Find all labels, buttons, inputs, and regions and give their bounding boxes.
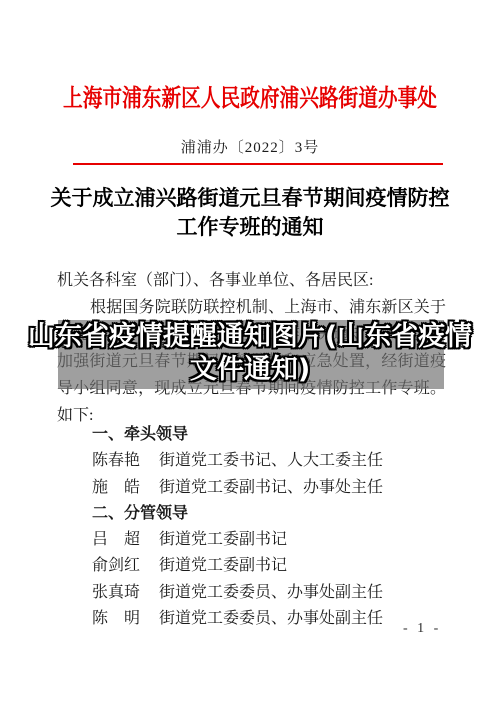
- body-line: 根据国务院联防联控机制、上海市、浦东新区关于加强 2022: [57, 294, 446, 321]
- person-name: 俞剑红: [92, 553, 159, 579]
- salutation-line: 机关各科室（部门）、各事业单位、各居民区:: [57, 267, 373, 290]
- page-number: - 1 -: [403, 621, 441, 637]
- doc-title-line1: 关于成立浦兴路街道元旦春节期间疫情防控: [0, 184, 500, 213]
- doc-number: 浦浦办〔2022〕3号: [0, 136, 500, 157]
- section-heading-lead: 一、牵头领导: [92, 422, 454, 448]
- person-name: 陈 明: [92, 606, 159, 632]
- person-name: 陈春艳: [92, 448, 159, 474]
- watermark-line1: 山东省疫情提醒通知图片(山东省疫情: [0, 320, 500, 353]
- person-name: 吕 超: [92, 527, 159, 553]
- person-name: 张真琦: [92, 580, 159, 606]
- doc-title: 关于成立浦兴路街道元旦春节期间疫情防控 工作专班的通知: [0, 184, 500, 242]
- roster-row: 俞剑红 街道党工委副书记: [92, 553, 454, 579]
- person-title: 街道党工委副书记: [159, 553, 454, 579]
- roster-row: 张真琦 街道党工委委员、办事处副主任: [92, 580, 454, 606]
- person-name: 施 皓: [92, 475, 159, 501]
- personnel-roster: 一、牵头领导 陈春艳 街道党工委书记、人大工委主任 施 皓 街道党工委副书记、办…: [92, 422, 454, 632]
- roster-row: 吕 超 街道党工委副书记: [92, 527, 454, 553]
- roster-row: 施 皓 街道党工委副书记、办事处主任: [92, 475, 454, 501]
- person-title: 街道党工委书记、人大工委主任: [159, 448, 454, 474]
- watermark-line2: 文件通知): [0, 353, 500, 386]
- person-title: 街道党工委委员、办事处副主任: [159, 580, 454, 606]
- roster-row: 陈春艳 街道党工委书记、人大工委主任: [92, 448, 454, 474]
- org-title: 上海市浦东新区人民政府浦兴路街道办事处: [45, 78, 455, 113]
- document-page: 上海市浦东新区人民政府浦兴路街道办事处 浦浦办〔2022〕3号 关于成立浦兴路街…: [0, 0, 500, 707]
- person-title: 街道党工委副书记: [159, 527, 454, 553]
- watermark-text: 山东省疫情提醒通知图片(山东省疫情 文件通知): [0, 320, 500, 386]
- roster-row: 陈 明 街道党工委委员、办事处副主任: [92, 606, 454, 632]
- section-heading-deputy: 二、分管领导: [92, 501, 454, 527]
- doc-title-line2: 工作专班的通知: [0, 213, 500, 242]
- red-divider-rule: [73, 163, 443, 165]
- person-title: 街道党工委副书记、办事处主任: [159, 475, 454, 501]
